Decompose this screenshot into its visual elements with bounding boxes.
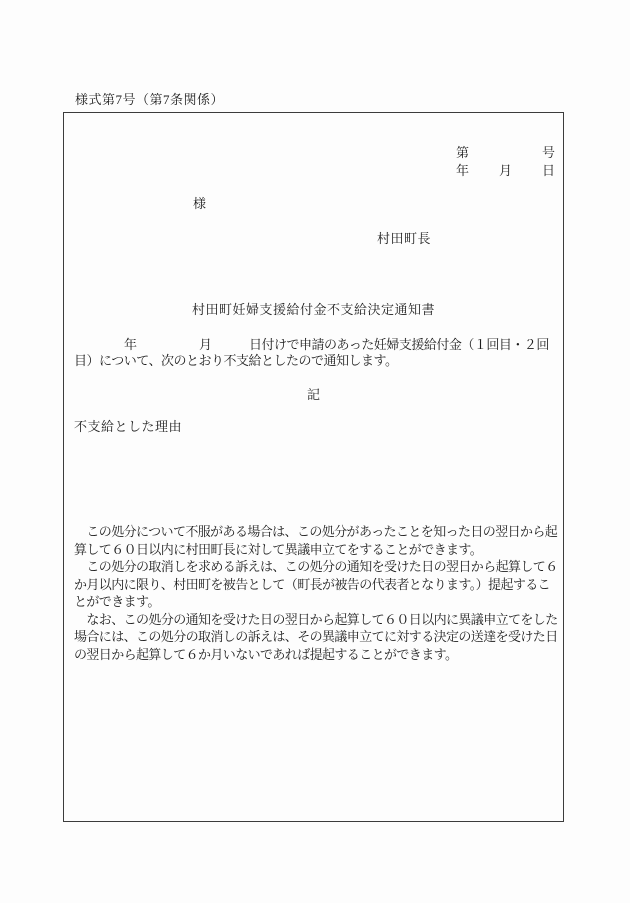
date-month-label: 月 [499, 164, 512, 178]
document-title: 村田町妊婦支援給付金不支給決定通知書 [64, 302, 563, 317]
doc-number-prefix: 第 [456, 146, 469, 160]
date-year-label: 年 [456, 164, 469, 178]
date-day-label: 日 [542, 164, 555, 178]
ki-separator-heading: 記 [64, 387, 563, 402]
sender-name: 村田町長 [377, 231, 431, 246]
appeal-rights-notes: この処分について不服がある場合は、この処分があったことを知った日の翌日から起 算… [74, 523, 564, 663]
doc-number-line: 第 号 [456, 146, 555, 160]
document-frame: 第 号 年 月 日 様 村田町長 村田町妊婦支援給付金不支給決定通知書 年 月 … [63, 112, 564, 822]
doc-number-suffix: 号 [542, 146, 555, 160]
form-style-label: 様式第7号（第7条関係） [75, 92, 224, 107]
date-line: 年 月 日 [456, 164, 555, 178]
notification-body: 年 月 日付けで申請のあった妊婦支援給付金（１回目・２回 目）について、次のとお… [74, 337, 561, 369]
addressee-honorific: 様 [193, 196, 206, 211]
reason-label: 不支給とした理由 [74, 419, 182, 434]
document-page: 様式第7号（第7条関係） 第 号 年 月 日 様 村田町長 村田町妊婦支援給付金… [0, 0, 630, 903]
